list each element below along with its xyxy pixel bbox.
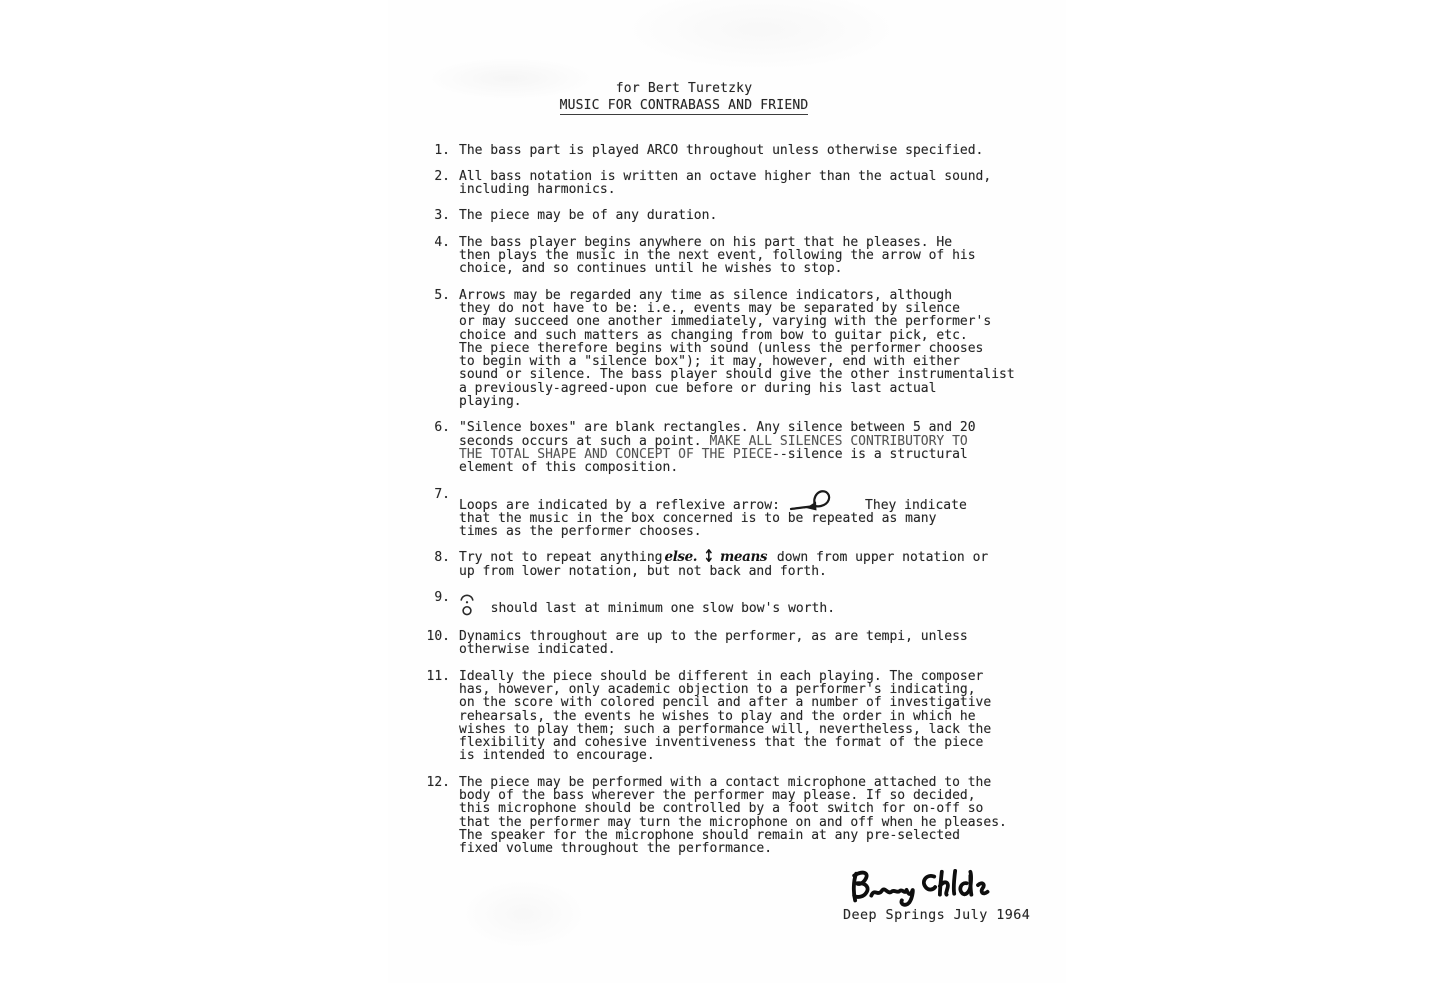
document-title: MUSIC FOR CONTRABASS AND FRIEND [560, 99, 809, 114]
text-line: The piece therefore begins with sound (u… [459, 342, 1015, 355]
text-line: element of this composition. [459, 461, 976, 474]
text-line: The bass player begins anywhere on his p… [459, 236, 976, 249]
text-line: The speaker for the microphone should re… [459, 829, 1007, 842]
item-text: "Silence boxes" are blank rectangles. An… [450, 421, 976, 474]
loop-arrow-icon [789, 488, 833, 512]
document-content: for Bert Turetzky MUSIC FOR CONTRABASS A… [388, 0, 1066, 923]
text-line: Dynamics throughout are up to the perfor… [459, 630, 968, 643]
text-line: up from lower notation, but not back and… [459, 565, 988, 578]
item-text: Ideally the piece should be different in… [450, 670, 991, 763]
text-line: this microphone should be controlled by … [459, 802, 1007, 815]
text-line: that the performer may turn the micropho… [459, 816, 1007, 829]
document-page: for Bert Turetzky MUSIC FOR CONTRABASS A… [388, 0, 1066, 983]
text-line: has, however, only academic objection to… [459, 683, 991, 696]
text-line: times as the performer chooses. [459, 525, 967, 538]
text-line: choice and such matters as changing from… [459, 329, 1015, 342]
text-line: Try not to repeat anythingelse.↕means do… [459, 551, 988, 564]
text-line: "Silence boxes" are blank rectangles. An… [459, 421, 976, 434]
signature-block: Deep Springs July 1964 [843, 868, 1066, 922]
text-line: All bass notation is written an octave h… [459, 170, 991, 183]
text-line: rehearsals, the events he wishes to play… [459, 710, 991, 723]
instruction-item: 1.The bass part is played ARCO throughou… [388, 144, 1066, 157]
item-text: Dynamics throughout are up to the perfor… [450, 630, 968, 657]
fermata-over-circle-icon [459, 591, 475, 617]
instruction-item: 2.All bass notation is written an octave… [388, 170, 1066, 197]
instruction-item: 3.The piece may be of any duration. [388, 209, 1066, 222]
instruction-item: 10.Dynamics throughout are up to the per… [388, 630, 1066, 657]
text-line: then plays the music in the next event, … [459, 249, 976, 262]
item-text: should last at minimum one slow bow's wo… [450, 591, 835, 617]
item-text: The piece may be of any duration. [450, 209, 717, 222]
instruction-item: 12.The piece may be performed with a con… [388, 776, 1066, 856]
text-line: THE TOTAL SHAPE AND CONCEPT OF THE PIECE… [459, 448, 976, 461]
text-line: is intended to encourage. [459, 749, 991, 762]
text-line: including harmonics. [459, 183, 991, 196]
instruction-item: 8.Try not to repeat anythingelse.↕means … [388, 551, 1066, 578]
item-number: 8. [388, 551, 450, 578]
signature-graphic [843, 868, 993, 908]
item-text: The bass part is played ARCO throughout … [450, 144, 983, 157]
instruction-item: 6."Silence boxes" are blank rectangles. … [388, 421, 1066, 474]
item-number: 6. [388, 421, 450, 474]
text-line: to begin with a "silence box"); it may, … [459, 355, 1015, 368]
text-line: that the music in the box concerned is t… [459, 512, 967, 525]
item-number: 5. [388, 289, 450, 409]
item-number: 12. [388, 776, 450, 856]
instruction-item: 5.Arrows may be regarded any time as sil… [388, 289, 1066, 409]
text-line: The piece may be performed with a contac… [459, 776, 1007, 789]
item-number: 1. [388, 144, 450, 157]
item-number: 4. [388, 236, 450, 276]
updown-arrow-icon: ↕ [701, 549, 716, 566]
instruction-item: 4.The bass player begins anywhere on his… [388, 236, 1066, 276]
item-text: All bass notation is written an octave h… [450, 170, 991, 197]
item-text: Arrows may be regarded any time as silen… [450, 289, 1015, 409]
item-number: 7. [388, 488, 450, 539]
dateline: Deep Springs July 1964 [843, 909, 1066, 922]
scanned-document: for Bert Turetzky MUSIC FOR CONTRABASS A… [0, 0, 1445, 983]
text-segment: --silence is a structural [772, 447, 968, 462]
item-text: The piece may be performed with a contac… [450, 776, 1007, 856]
text-line: a previously-agreed-upon cue before or d… [459, 382, 1015, 395]
text-line: seconds occurs at such a point. MAKE ALL… [459, 435, 976, 448]
item-text: Loops are indicated by a reflexive arrow… [450, 488, 967, 539]
text-line: flexibility and cohesive inventiveness t… [459, 736, 991, 749]
text-line: they do not have to be: i.e., events may… [459, 302, 1015, 315]
item-number: 10. [388, 630, 450, 657]
item-number: 9. [388, 591, 450, 617]
text-line: or may succeed one another immediately, … [459, 315, 1015, 328]
text-line: body of the bass wherever the performer … [459, 789, 1007, 802]
item-number: 3. [388, 209, 450, 222]
text-line: Loops are indicated by a reflexive arrow… [459, 488, 967, 512]
text-line: sound or silence. The bass player should… [459, 368, 1015, 381]
item-number: 2. [388, 170, 450, 197]
text-line: The bass part is played ARCO throughout … [459, 144, 983, 157]
text-line: playing. [459, 395, 1015, 408]
item-text: The bass player begins anywhere on his p… [450, 236, 976, 276]
item-number: 11. [388, 670, 450, 763]
text-line: on the score with colored pencil and aft… [459, 696, 991, 709]
instruction-item: 7.Loops are indicated by a reflexive arr… [388, 488, 1066, 539]
instruction-item: 11.Ideally the piece should be different… [388, 670, 1066, 763]
text-line: fixed volume throughout the performance. [459, 842, 1007, 855]
text-line: otherwise indicated. [459, 643, 968, 656]
text-line: Arrows may be regarded any time as silen… [459, 289, 1015, 302]
text-line: wishes to play them; such a performance … [459, 723, 991, 736]
title-block: for Bert Turetzky MUSIC FOR CONTRABASS A… [388, 82, 980, 115]
item-text: Try not to repeat anythingelse.↕means do… [450, 551, 988, 578]
text-line: choice, and so continues until he wishes… [459, 262, 976, 275]
instruction-list: 1.The bass part is played ARCO throughou… [388, 144, 1066, 856]
text-line: Ideally the piece should be different in… [459, 670, 991, 683]
text-segment: should last at minimum one slow bow's wo… [475, 601, 835, 616]
text-line: should last at minimum one slow bow's wo… [459, 591, 835, 617]
text-line: The piece may be of any duration. [459, 209, 717, 222]
instruction-item: 9. should last at minimum one slow bow's… [388, 591, 1066, 617]
dedication-line: for Bert Turetzky [388, 82, 980, 95]
